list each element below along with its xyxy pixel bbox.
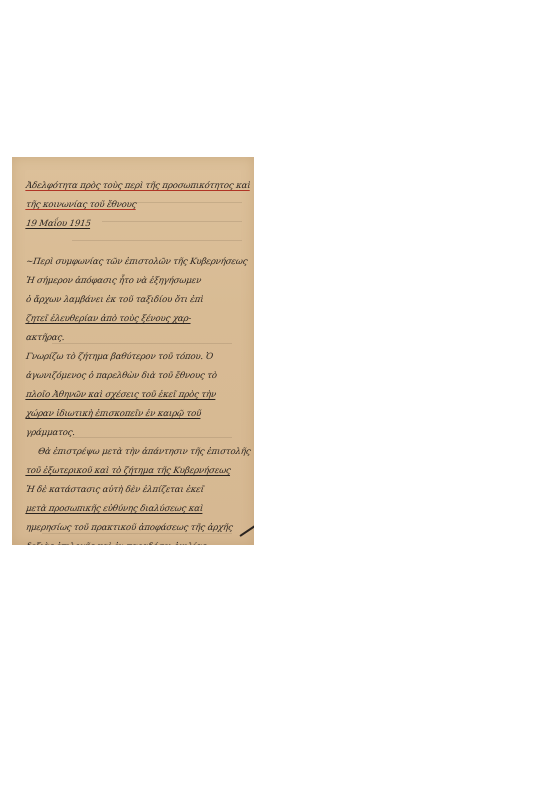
date-line: 19 Μαΐου 1915: [25, 219, 91, 229]
text-line: γράμματος.: [25, 428, 75, 438]
text-line: χώραν ἰδιωτικὴ ἐπισκοπεῖν ἐν καιρῷ τοῦ: [25, 409, 202, 419]
text-line: Ἀδελφότητα πρὸς τοὺς περὶ τῆς προσωπικότ…: [25, 181, 251, 191]
text-line: Γνωρίζω τὸ ζήτημα βαθύτερον τοῦ τόπου. Ὁ: [25, 352, 213, 362]
text-line: Ἡ δὲ κατάστασις αὐτὴ δὲν ἐλπίζεται ἐκεῖ: [25, 485, 204, 495]
text-line: πλοῖο Ἀθηνῶν καὶ σχέσεις τοῦ ἐκεῖ πρὸς τ…: [25, 390, 216, 400]
text-line: ~Περὶ συμφωνίας τῶν ἐπιστολῶν τῆς Κυβερν…: [25, 257, 248, 267]
text-line: ακτῆρας.: [25, 333, 65, 343]
text-line: Θὰ ἐπιστρέψω μετὰ τὴν ἀπάντησιν τῆς ἐπισ…: [37, 447, 251, 457]
text-line: ὁ ἄρχων λαμβάνει ἐκ τοῦ ταξιδίου ὅτι ἐπὶ: [25, 295, 204, 305]
text-line: τῆς κοινωνίας τοῦ ἔθνους: [25, 200, 137, 210]
handwritten-letter-page: Ἀδελφότητα πρὸς τοὺς περὶ τῆς προσωπικότ…: [12, 157, 254, 545]
pen-flourish: [239, 523, 254, 537]
text-line: τοῦ ἐξωτερικοῦ καὶ τὸ ζήτημα τῆς Κυβερνή…: [25, 466, 231, 476]
text-line: ημερησίως τοῦ πρακτικοῦ ἀποφάσεως τῆς ἀρ…: [25, 523, 233, 533]
text-line: Ἡ σήμερον ἀπόφασις ἦτο νὰ ἐξηγήσωμεν: [25, 276, 202, 286]
text-line: μετὰ προσωπικῆς εὐθύνης διαλύσεως καὶ: [25, 504, 203, 514]
text-line: δεξιὰς ἐπιλογῆς καὶ ἐν παραδόσει ὁμιλίας: [25, 542, 207, 545]
text-line: ἀγωνιζόμενος ὁ παρελθὼν διὰ τοῦ ἔθνους τ…: [25, 371, 217, 381]
text-line: ζητεῖ ἐλευθερίαν ἀπὸ τοὺς ξένους χαρ-: [25, 314, 192, 324]
